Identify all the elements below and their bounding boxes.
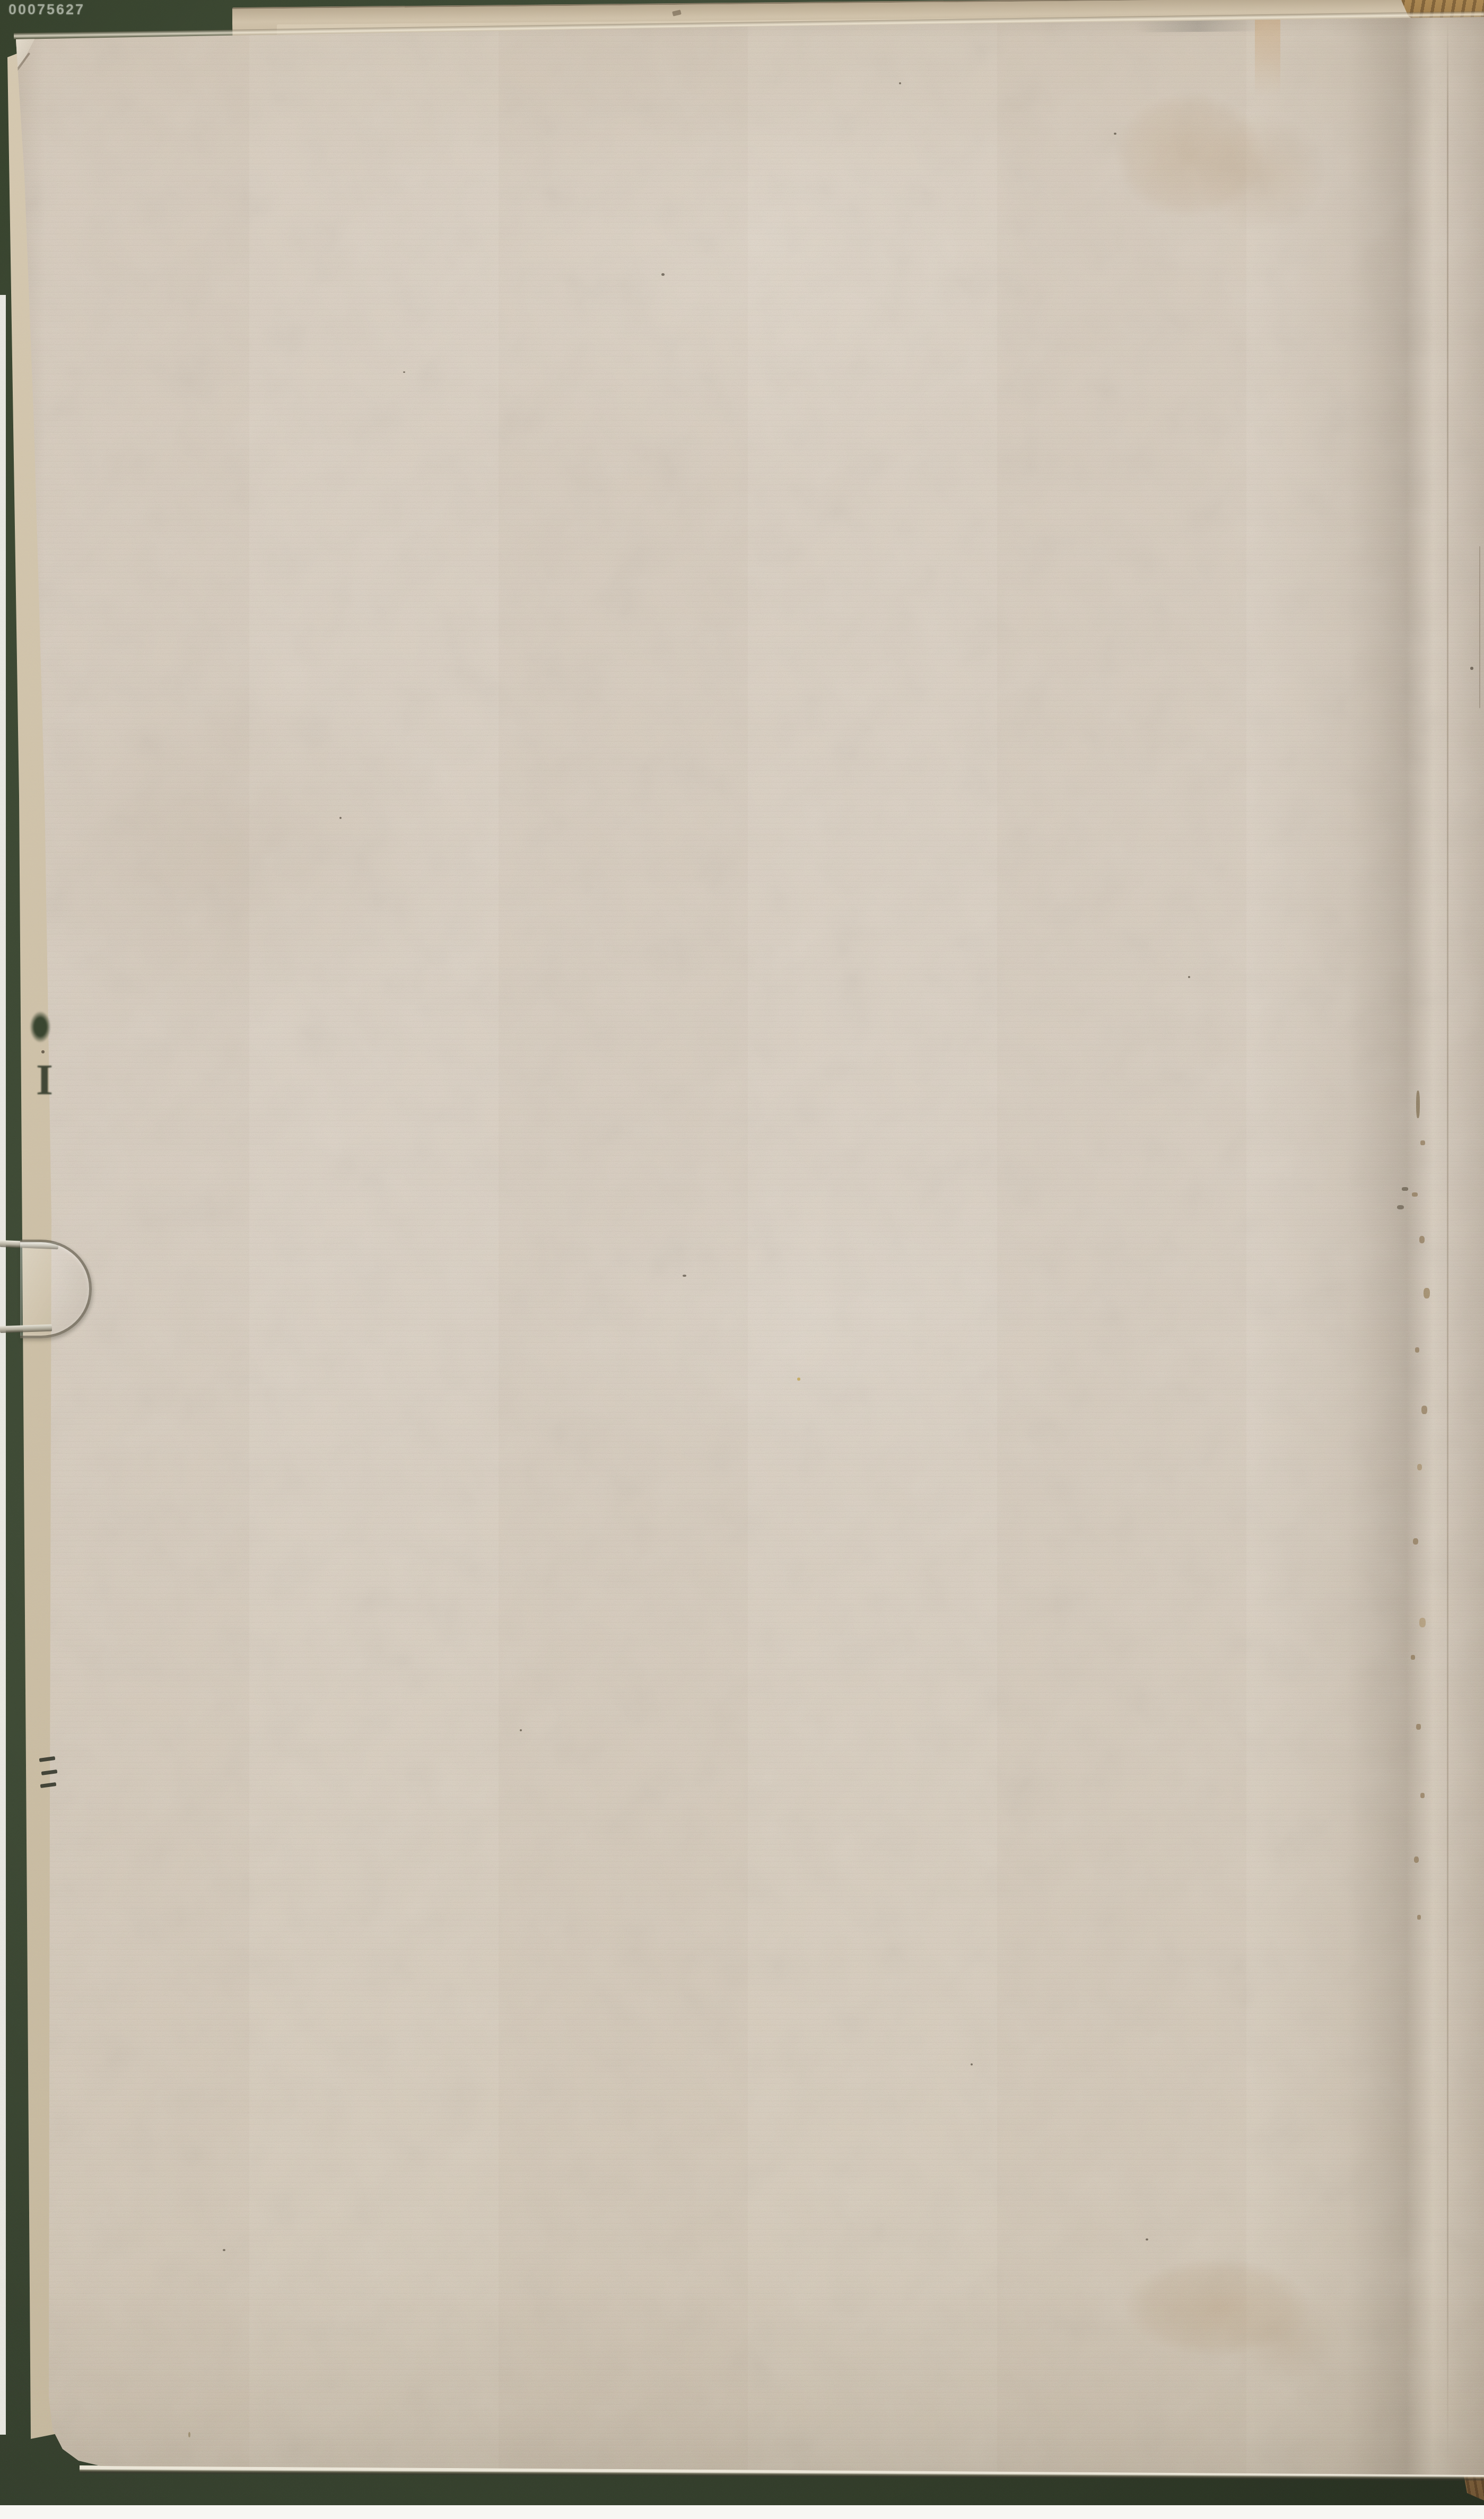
glue-speck (1421, 1406, 1427, 1414)
paper-laid-texture (0, 0, 1484, 2519)
scan-left-margin (0, 295, 6, 2435)
fore-edge-gap-shadow (30, 1011, 51, 1043)
gutter-page-divider-line (1447, 18, 1448, 2469)
speck (1188, 976, 1190, 978)
clip-curved-end (20, 1240, 92, 1338)
glue-speck (1419, 1236, 1425, 1243)
page-holder-clip (0, 1236, 95, 1340)
fore-edge-dot (41, 1050, 45, 1053)
speck (223, 2249, 225, 2251)
glue-speck (1420, 1140, 1425, 1145)
speck (520, 1729, 522, 1731)
glue-speck (1424, 1288, 1430, 1298)
speck (1470, 667, 1473, 670)
speck (403, 371, 405, 373)
glue-speck (1416, 1724, 1421, 1730)
glue-speck (1413, 1538, 1418, 1545)
glue-speck (1411, 1655, 1415, 1660)
glue-speck (1415, 1347, 1419, 1353)
speck (339, 817, 342, 819)
glue-speck (1420, 1793, 1425, 1798)
speck (683, 1275, 686, 1277)
speck-yellow (797, 1378, 800, 1381)
glue-speck (1397, 1205, 1404, 1209)
speck (1146, 2238, 1148, 2241)
top-edge-tan-smudge (1255, 15, 1280, 97)
speck (1114, 133, 1116, 135)
speck (899, 82, 901, 84)
speck (971, 2063, 973, 2065)
speck (188, 2432, 190, 2437)
glue-speck (1419, 1618, 1426, 1627)
glue-speck (1417, 1915, 1421, 1920)
glue-speck (1402, 1187, 1408, 1191)
scanner-id-label: 00075627 (8, 2, 85, 18)
glue-speck (1412, 1192, 1418, 1197)
speck (661, 273, 665, 276)
right-edge-hairline (1479, 546, 1480, 708)
stain-top-right (1093, 74, 1347, 255)
book-page (0, 0, 1484, 2519)
glue-speck (1416, 1091, 1420, 1118)
glue-speck (1414, 1856, 1419, 1863)
printed-letter-mark: I (36, 1058, 51, 1103)
glue-speck (1417, 1464, 1422, 1470)
stain-bottom-right (1098, 2244, 1363, 2403)
